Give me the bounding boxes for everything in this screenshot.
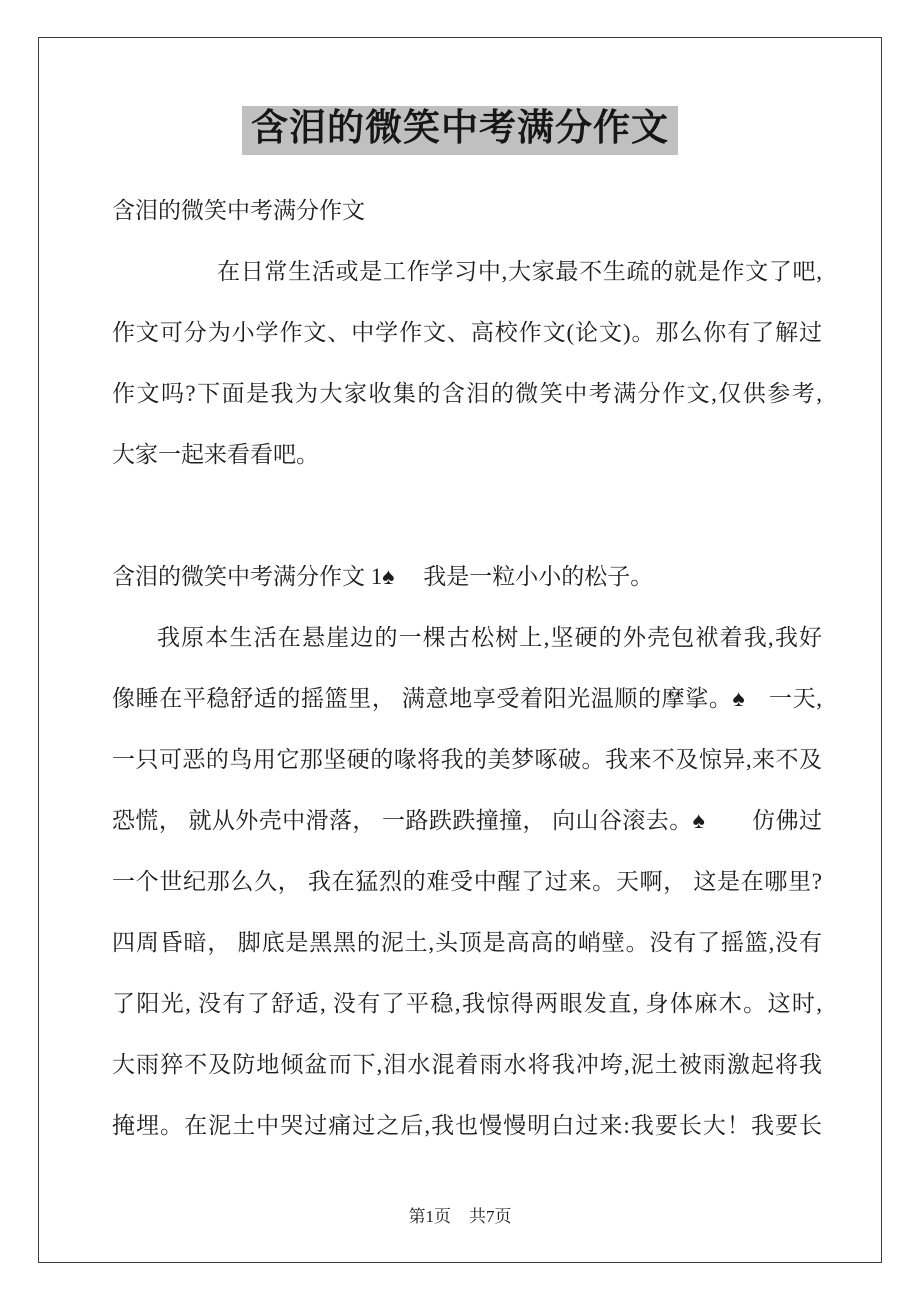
text-line: 作文可分为小学作文、中学作文、高校作文(论文)。那么你有了解过 [112, 302, 822, 363]
text-line: 我原本生活在悬崖边的一棵古松树上,坚硬的外壳包袱着我,我好 [112, 607, 822, 668]
text-line: 含泪的微笑中考满分作文 1♠ 我是一粒小小的松子。 [112, 546, 822, 607]
text-line: 大家一起来看看吧。 [112, 424, 822, 485]
document-title: 含泪的微笑中考满分作文 [242, 106, 678, 155]
text-line: 四周昏暗， 脚底是黑黑的泥土,头顶是高高的峭壁。没有了摇篮,没有 [112, 912, 822, 973]
text-line: 在日常生活或是工作学习中,大家最不生疏的就是作文了吧, [112, 241, 822, 302]
text-line: 含泪的微笑中考满分作文 [112, 180, 822, 241]
text-line: 像睡在平稳舒适的摇篮里， 满意地享受着阳光温顺的摩挲。♠ 一天, [112, 668, 822, 729]
page-number: 第1页 [409, 1202, 452, 1227]
title-row: 含泪的微笑中考满分作文 [0, 106, 920, 155]
total-pages: 共7页 [469, 1202, 512, 1227]
text-line: 恐慌， 就从外壳中滑落， 一路跌跌撞撞， 向山谷滚去。♠ 仿佛过了 [112, 790, 822, 851]
document-page: 含泪的微笑中考满分作文 含泪的微笑中考满分作文 在日常生活或是工作学习中,大家最… [0, 0, 920, 1302]
text-line: 了阳光, 没有了舒适, 没有了平稳,我惊得两眼发直, 身体麻木。这时, [112, 973, 822, 1034]
document-body: 含泪的微笑中考满分作文 在日常生活或是工作学习中,大家最不生疏的就是作文了吧, … [112, 180, 822, 1156]
text-line: 一个世纪那么久， 我在猛烈的难受中醒了过来。天啊， 这是在哪里? [112, 851, 822, 912]
page-footer: 第1页共7页 [0, 1202, 920, 1227]
text-line: 一只可恶的鸟用它那坚硬的喙将我的美梦啄破。我来不及惊异,来不及 [112, 729, 822, 790]
text-line: 掩埋。在泥土中哭过痛过之后,我也慢慢明白过来:我要长大！我要长 [112, 1095, 822, 1156]
text-line: 作文吗?下面是我为大家收集的含泪的微笑中考满分作文,仅供参考, [112, 363, 822, 424]
text-line: 大雨猝不及防地倾盆而下,泪水混着雨水将我冲垮,泥土被雨激起将我 [112, 1034, 822, 1095]
